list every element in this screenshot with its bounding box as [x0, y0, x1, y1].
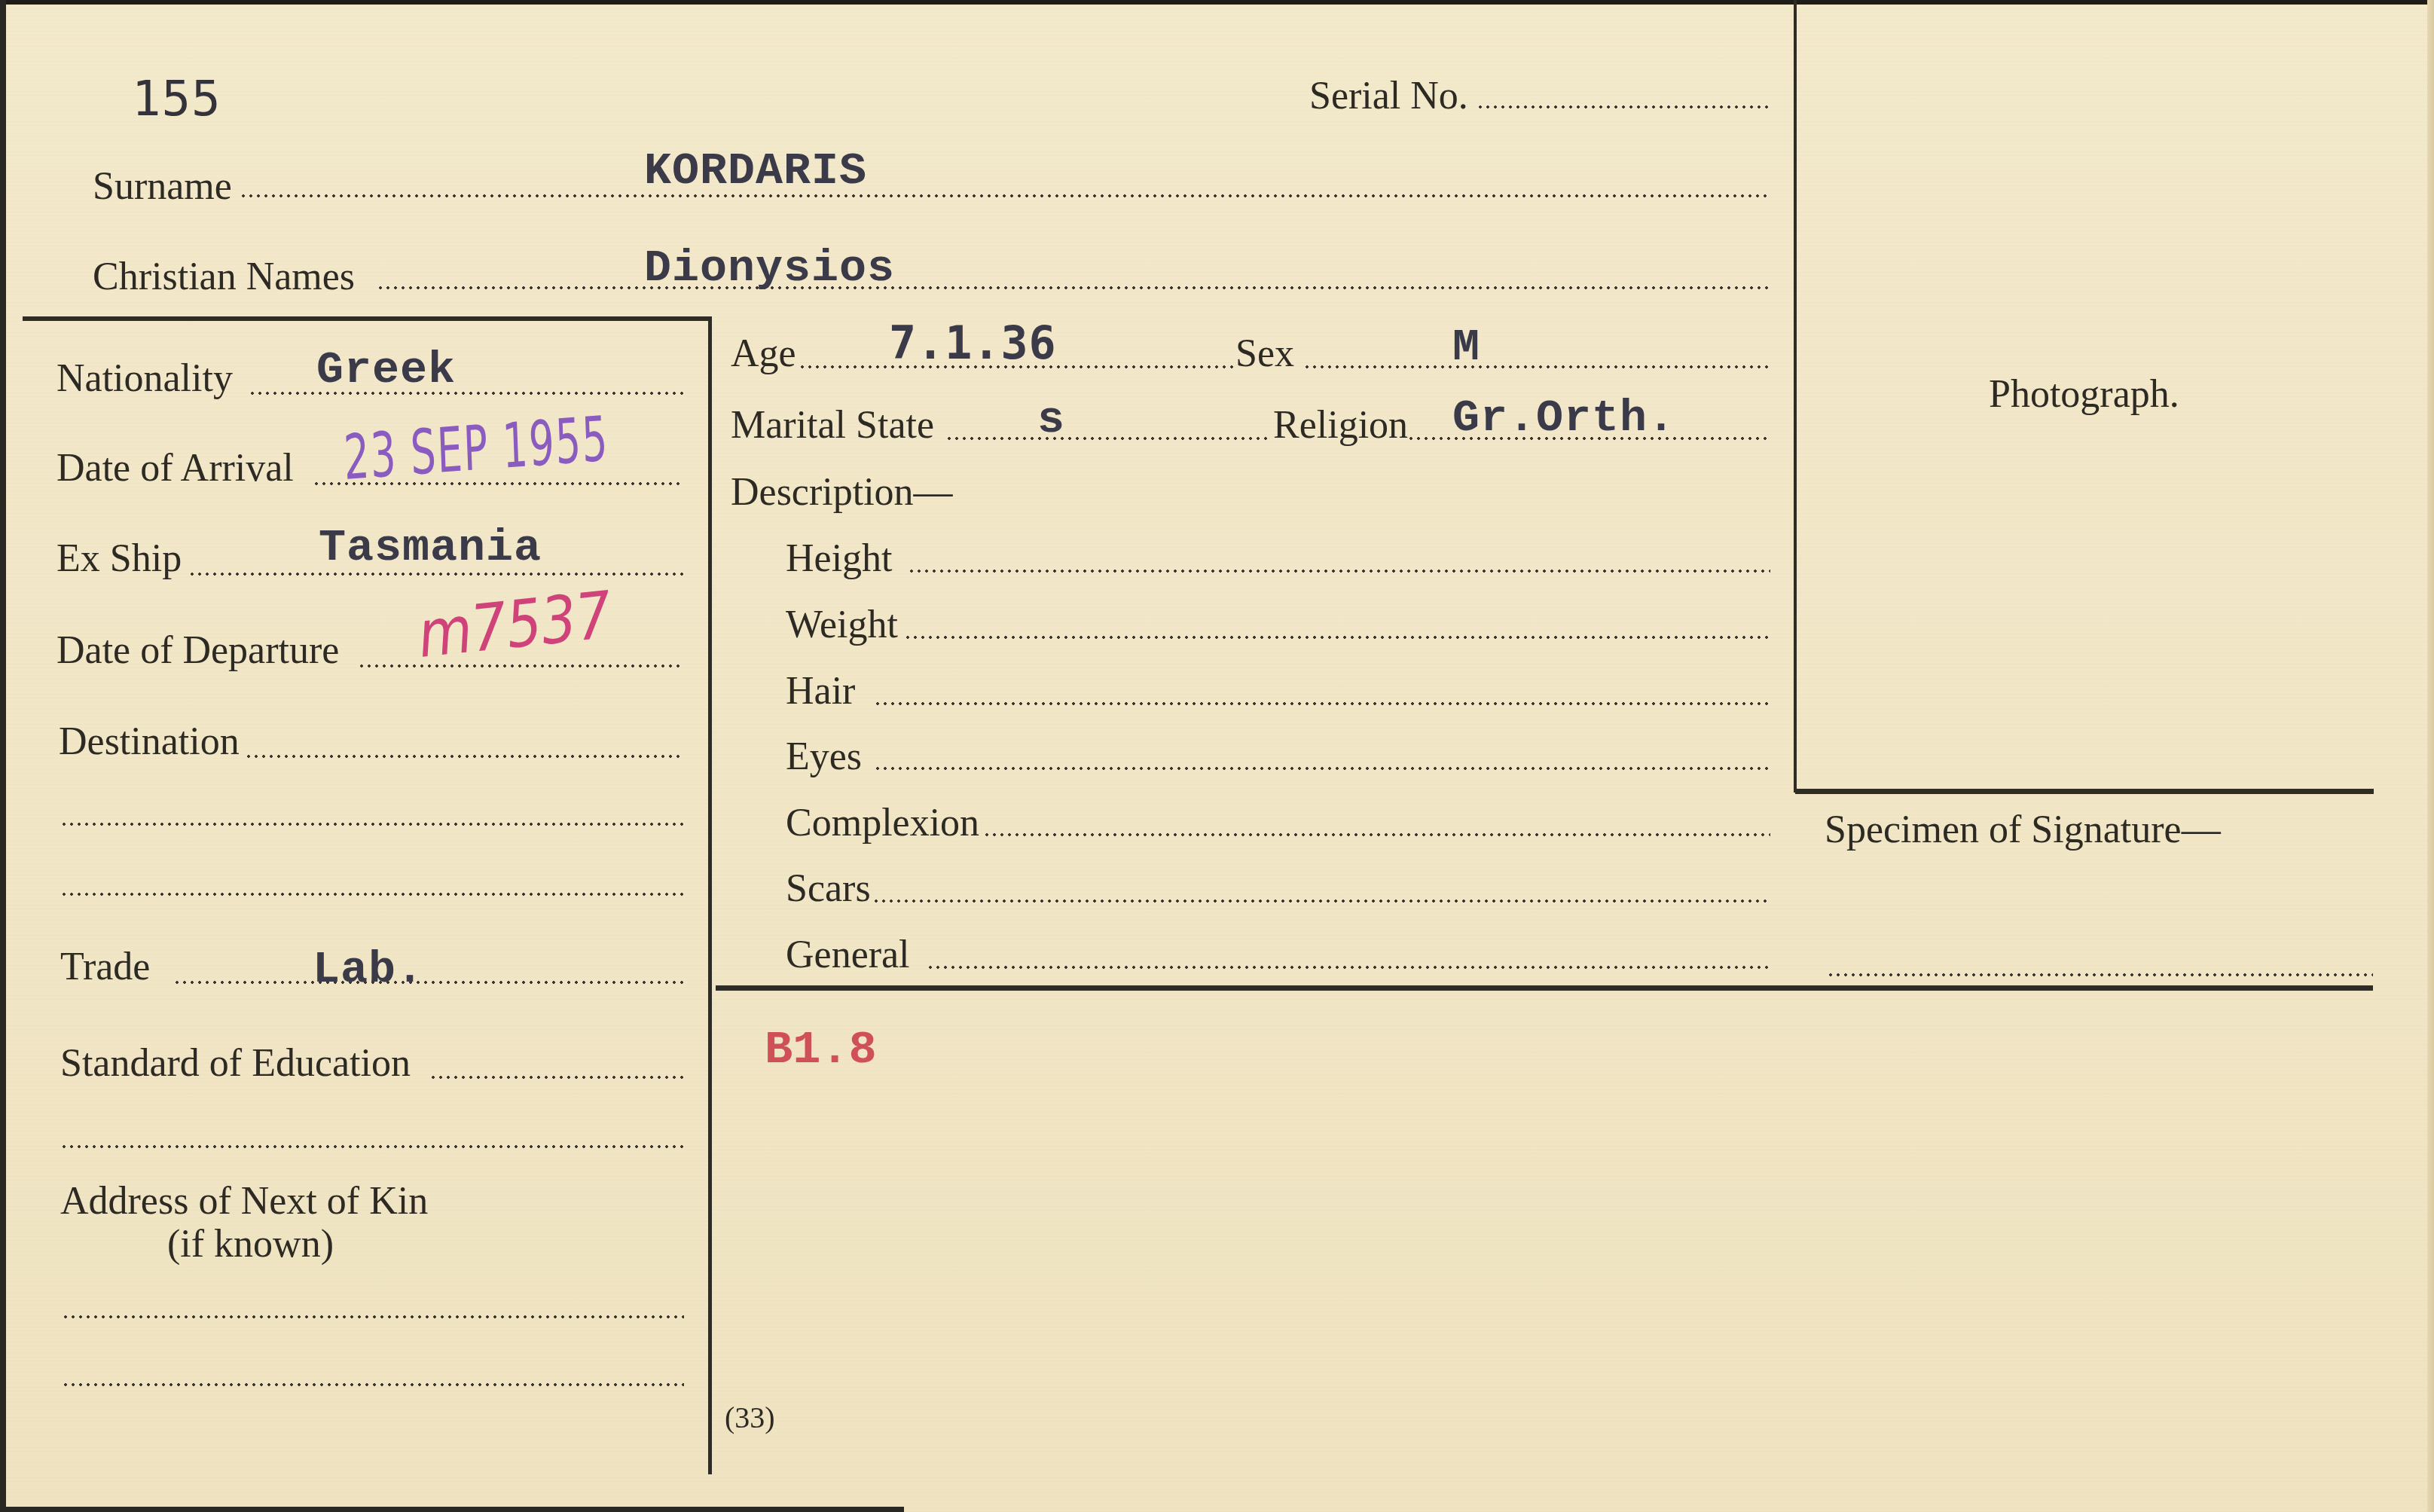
rule-under-photo	[1795, 789, 2374, 794]
hair-label: Hair	[786, 669, 855, 714]
height-label: Height	[786, 536, 893, 582]
marital-state-field[interactable]	[945, 437, 1269, 440]
ex-ship-value: Tasmania	[319, 524, 542, 573]
divider-photo-box	[1794, 0, 1797, 793]
description-label: Description—	[731, 470, 953, 515]
christian-names-value: Dionysios	[644, 245, 895, 293]
general-label: General	[786, 933, 910, 978]
next-of-kin-sublabel: (if known)	[167, 1222, 334, 1267]
rule-under-names	[23, 316, 712, 321]
sex-label: Sex	[1235, 331, 1294, 377]
trade-value: Lab.	[313, 946, 424, 994]
date-of-departure-handwritten: m7537	[415, 583, 615, 667]
eyes-field[interactable]	[874, 767, 1770, 770]
height-field[interactable]	[908, 570, 1770, 573]
complexion-field[interactable]	[983, 833, 1770, 836]
reference-code: B1.8	[765, 1026, 877, 1074]
destination-label: Destination	[59, 719, 240, 765]
destination-field-line-2[interactable]	[60, 823, 684, 826]
date-of-arrival-stamp: 23 SEP 1955	[343, 409, 609, 490]
scan-edge-top	[0, 0, 2434, 5]
scan-edge-right	[2427, 0, 2434, 1512]
immigration-card: 155 Serial No. Surname KORDARIS Christia…	[0, 0, 2434, 1512]
weight-field[interactable]	[904, 636, 1770, 639]
eyes-label: Eyes	[786, 735, 862, 780]
scars-field[interactable]	[872, 900, 1770, 903]
standard-of-education-field-line-2[interactable]	[60, 1145, 684, 1148]
card-number: 155	[132, 75, 221, 124]
marital-state-value: s	[1037, 396, 1065, 444]
date-of-departure-field[interactable]	[358, 664, 684, 667]
sex-field[interactable]	[1303, 365, 1770, 368]
next-of-kin-field-line-1[interactable]	[62, 1315, 684, 1318]
religion-label: Religion	[1273, 403, 1408, 448]
religion-value: Gr.Orth.	[1452, 395, 1675, 443]
nationality-field[interactable]	[249, 392, 684, 395]
marital-state-label: Marital State	[731, 403, 934, 448]
next-of-kin-field-line-2[interactable]	[62, 1383, 684, 1386]
photograph-area	[1800, 8, 2373, 783]
date-of-arrival-label: Date of Arrival	[56, 446, 294, 491]
age-value: 7.1.36	[889, 319, 1057, 368]
scars-label: Scars	[786, 866, 871, 912]
surname-label: Surname	[93, 164, 232, 209]
hair-field[interactable]	[874, 702, 1770, 705]
next-of-kin-label: Address of Next of Kin	[60, 1179, 428, 1224]
signature-label: Specimen of Signature—	[1825, 808, 2221, 853]
trade-label: Trade	[60, 945, 150, 990]
destination-field[interactable]	[245, 755, 684, 758]
surname-value: KORDARIS	[644, 148, 867, 196]
serial-no-label: Serial No.	[1309, 74, 1468, 119]
scan-edge-left	[0, 0, 6, 1512]
complexion-label: Complexion	[786, 801, 979, 846]
date-of-departure-label: Date of Departure	[56, 628, 339, 674]
rule-under-description	[716, 985, 2373, 991]
standard-of-education-field[interactable]	[429, 1076, 684, 1079]
trade-field[interactable]	[173, 981, 684, 984]
weight-label: Weight	[786, 603, 898, 648]
christian-names-label: Christian Names	[93, 255, 355, 300]
general-field[interactable]	[927, 966, 1770, 969]
sex-value: M	[1452, 324, 1480, 372]
christian-names-field[interactable]	[377, 286, 1769, 289]
form-code: (33)	[725, 1401, 775, 1434]
ex-ship-label: Ex Ship	[56, 536, 182, 582]
age-label: Age	[731, 331, 796, 377]
divider-left-middle	[708, 318, 712, 1474]
standard-of-education-label: Standard of Education	[60, 1041, 411, 1086]
signature-field[interactable]	[1827, 973, 2373, 976]
destination-field-line-3[interactable]	[60, 893, 684, 896]
scan-edge-bottom	[0, 1507, 904, 1512]
surname-field[interactable]	[240, 194, 1769, 197]
nationality-label: Nationality	[56, 356, 233, 402]
nationality-value: Greek	[316, 347, 456, 395]
serial-no-field[interactable]	[1477, 105, 1770, 108]
